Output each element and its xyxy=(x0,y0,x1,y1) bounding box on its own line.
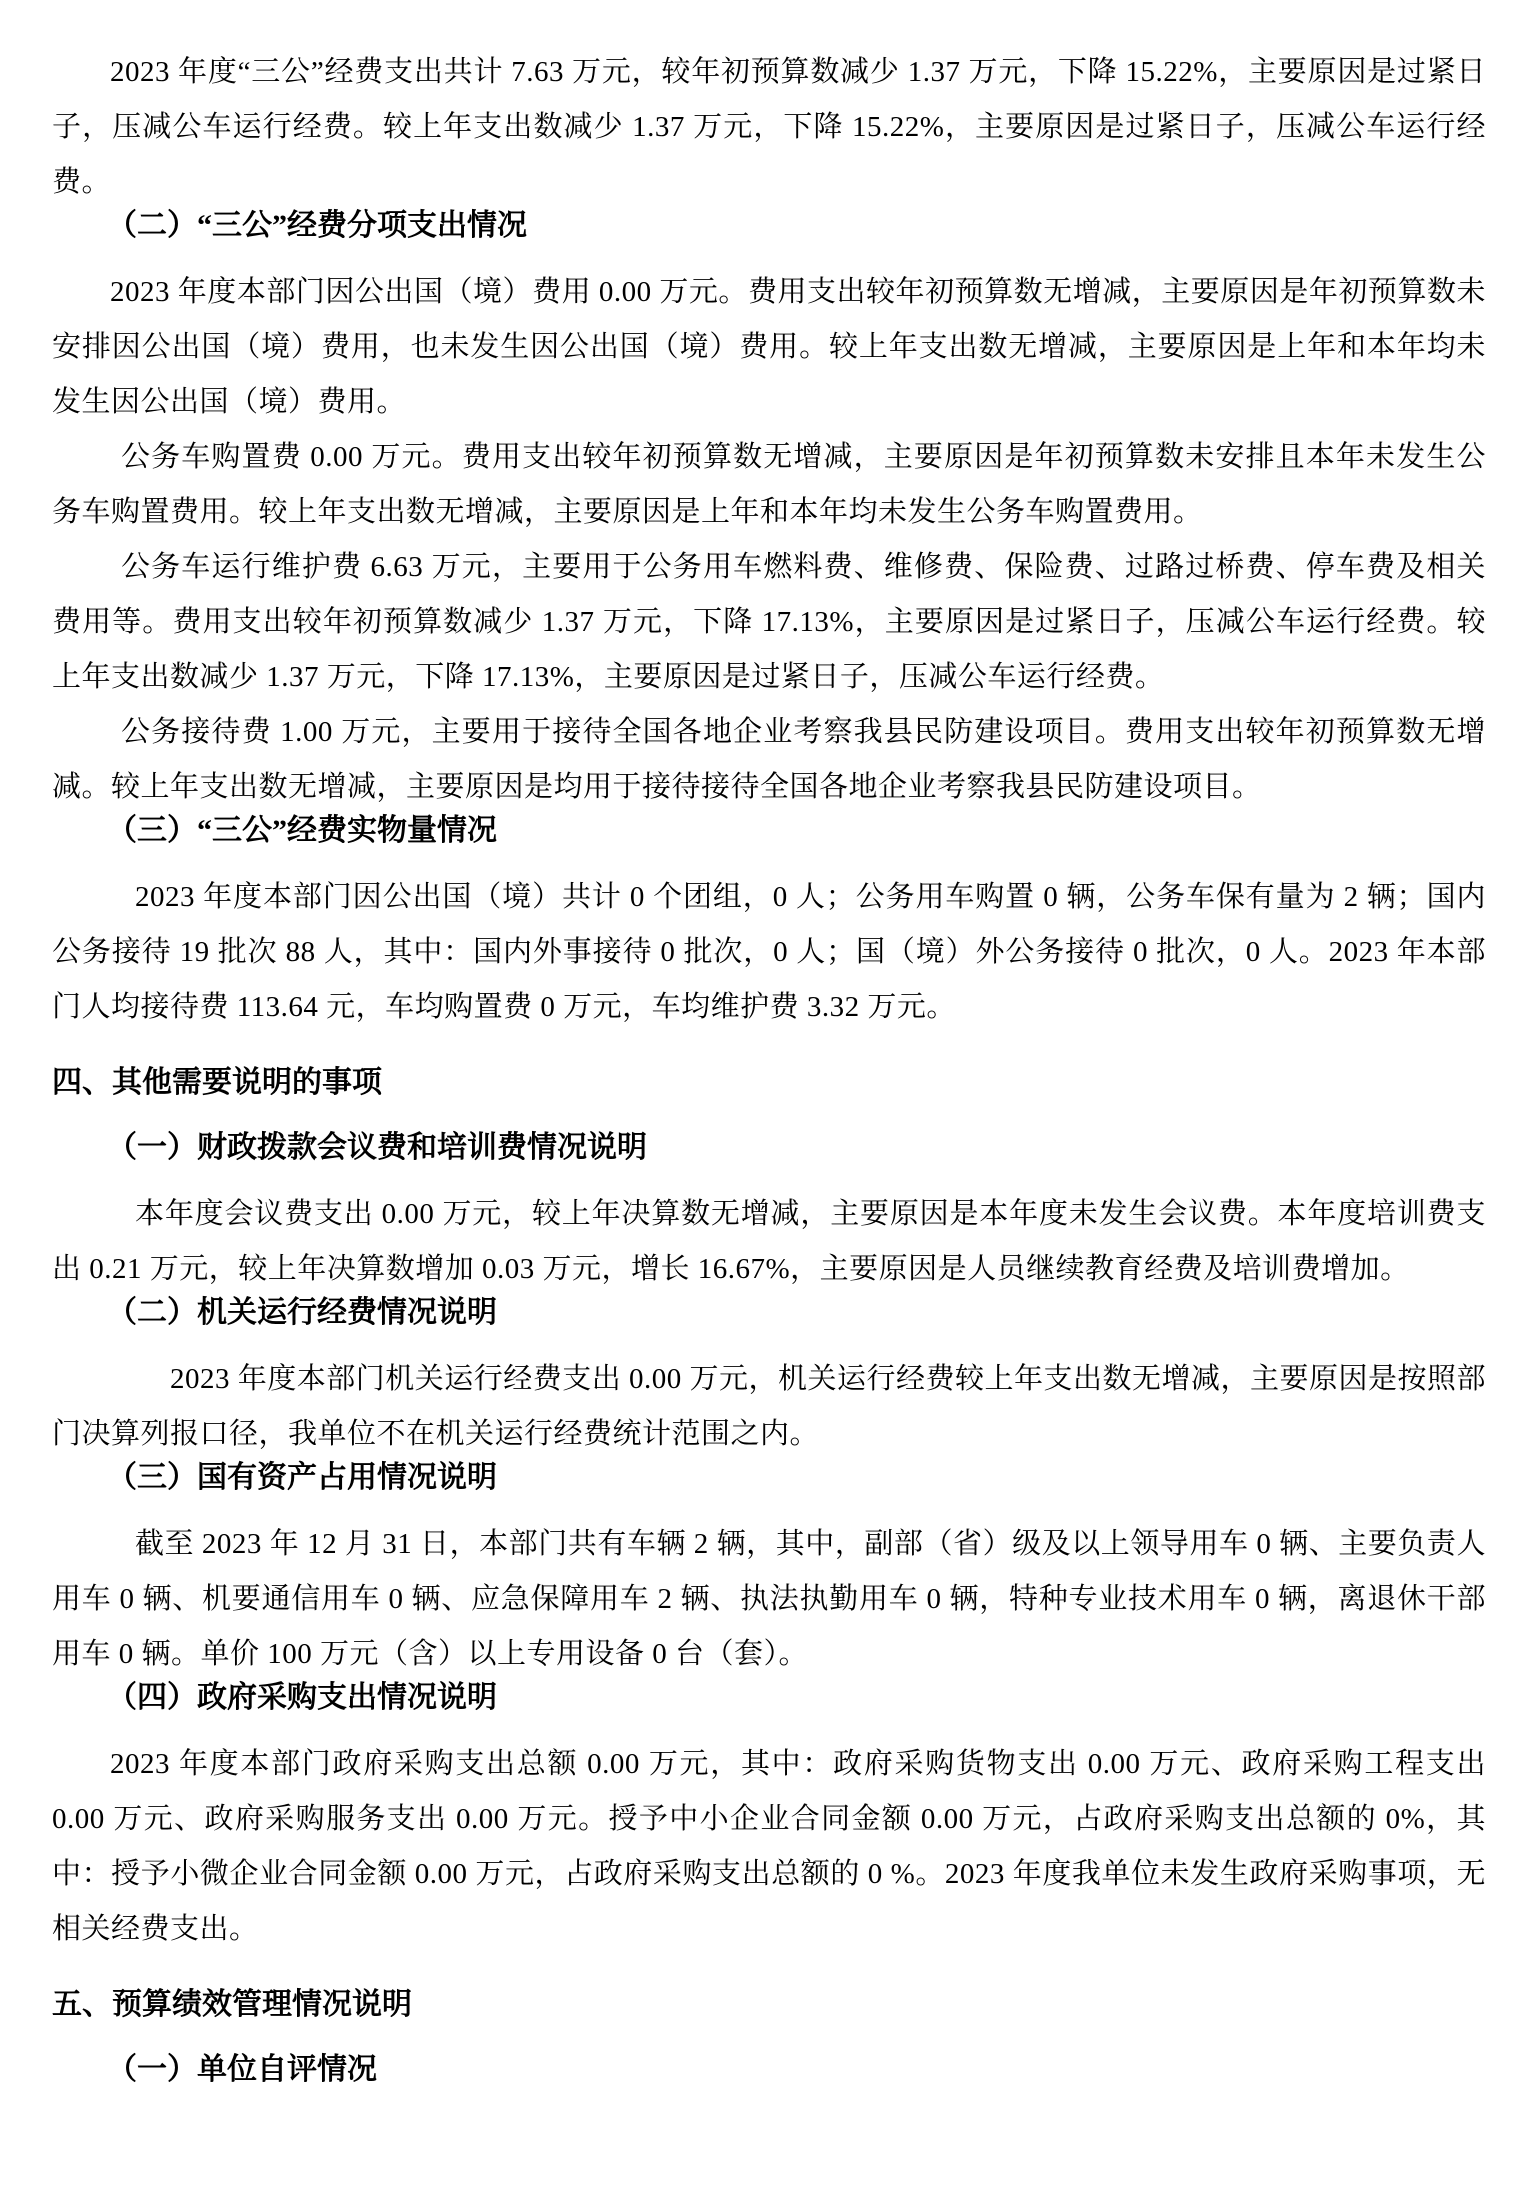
paragraph-official-reception-expense: 公务接待费 1.00 万元，主要用于接待全国各地企业考察我县民防建设项目。费用支… xyxy=(52,705,1486,815)
paragraph-agency-operation-fund: 2023 年度本部门机关运行经费支出 0.00 万元，机关运行经费较上年支出数无… xyxy=(52,1352,1486,1462)
paragraph-vehicle-maintenance-expense: 公务车运行维护费 6.63 万元，主要用于公务用车燃料费、维修费、保险费、过路过… xyxy=(52,540,1486,705)
paragraph-vehicle-purchase-expense: 公务车购置费 0.00 万元。费用支出较年初预算数无增减，主要原因是年初预算数未… xyxy=(52,430,1486,540)
paragraph-sangong-total: 2023 年度“三公”经费支出共计 7.63 万元，较年初预算数减少 1.37 … xyxy=(52,45,1486,210)
paragraph-state-assets-occupation: 截至 2023 年 12 月 31 日，本部门共有车辆 2 辆，其中，副部（省）… xyxy=(52,1517,1486,1682)
paragraph-abroad-expense: 2023 年度本部门因公出国（境）费用 0.00 万元。费用支出较年初预算数无增… xyxy=(52,265,1486,430)
heading-budget-performance-management: 五、预算绩效管理情况说明 xyxy=(52,1977,1486,2032)
heading-other-matters: 四、其他需要说明的事项 xyxy=(52,1055,1486,1110)
document-page: 2023 年度“三公”经费支出共计 7.63 万元，较年初预算数减少 1.37 … xyxy=(0,0,1520,2199)
paragraph-physical-quantity-detail: 2023 年度本部门因公出国（境）共计 0 个团组，0 人；公务用车购置 0 辆… xyxy=(52,870,1486,1035)
heading-sangong-itemized-expense: （二）“三公”经费分项支出情况 xyxy=(52,198,1486,253)
paragraph-meeting-training-fee: 本年度会议费支出 0.00 万元，较上年决算数无增减，主要原因是本年度未发生会议… xyxy=(52,1187,1486,1297)
heading-meeting-training-fee: （一）财政拨款会议费和培训费情况说明 xyxy=(52,1120,1486,1175)
heading-unit-self-evaluation: （一）单位自评情况 xyxy=(52,2042,1486,2097)
paragraph-government-procurement: 2023 年度本部门政府采购支出总额 0.00 万元，其中：政府采购货物支出 0… xyxy=(52,1737,1486,1957)
